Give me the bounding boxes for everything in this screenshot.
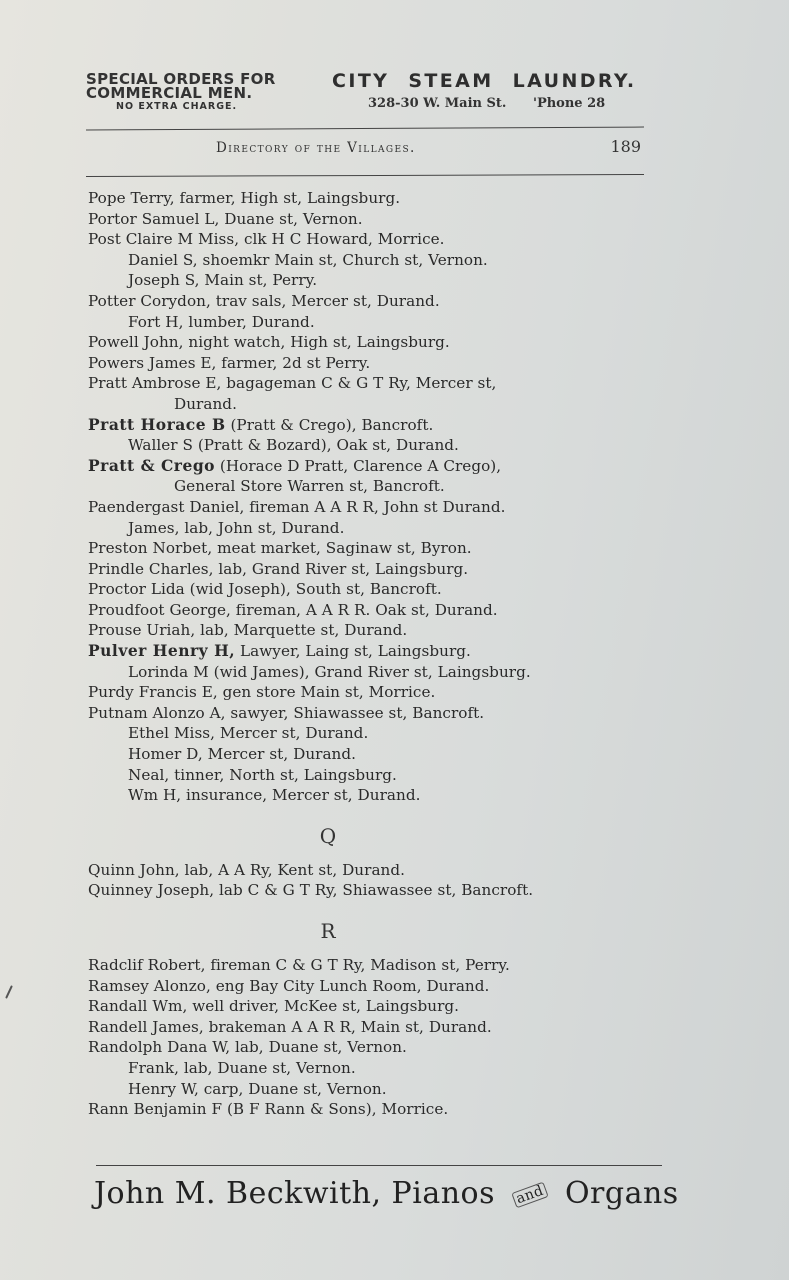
directory-entry: Homer D, Mercer st, Durand. [88, 744, 668, 765]
footer-advertisement: John M. Beckwith, Pianos and Organs [94, 1176, 664, 1211]
directory-entry: James, lab, John st, Durand. [88, 518, 668, 539]
section-letter-r: R [88, 913, 668, 949]
entry-text: Prindle Charles, lab, Grand River st, La… [88, 560, 468, 578]
entry-text: James, lab, John st, Durand. [128, 519, 344, 537]
directory-entry: Proctor Lida (wid Joseph), South st, Ban… [88, 579, 668, 600]
directory-entry: Pope Terry, farmer, High st, Laingsburg. [88, 188, 668, 209]
entry-text: Frank, lab, Duane st, Vernon. [128, 1059, 356, 1077]
and-ornament-icon: and [511, 1182, 548, 1209]
directory-entry: Prindle Charles, lab, Grand River st, La… [88, 559, 668, 580]
entry-text: Randolph Dana W, lab, Duane st, Vernon. [88, 1038, 407, 1056]
special-orders-notice: SPECIAL ORDERS FOR COMMERCIAL MEN. NO EX… [86, 72, 276, 114]
directory-entry: Proudfoot George, fireman, A A R R. Oak … [88, 600, 668, 621]
directory-entry: Preston Norbet, meat market, Saginaw st,… [88, 538, 668, 559]
entry-text: Purdy Francis E, gen store Main st, Morr… [88, 683, 435, 701]
directory-entry: Frank, lab, Duane st, Vernon. [88, 1058, 668, 1079]
directory-entry: Purdy Francis E, gen store Main st, Morr… [88, 682, 668, 703]
directory-entry: Waller S (Pratt & Bozard), Oak st, Duran… [88, 435, 668, 456]
directory-entry: Powell John, night watch, High st, Laing… [88, 332, 668, 353]
directory-entry: Powers James E, farmer, 2d st Perry. [88, 353, 668, 374]
directory-entry: Wm H, insurance, Mercer st, Durand. [88, 785, 668, 806]
laundry-ad: CITY STEAM LAUNDRY. 328-30 W. Main St. '… [332, 70, 662, 111]
entry-text: Radclif Robert, fireman C & G T Ry, Madi… [88, 956, 510, 974]
directory-entry: Portor Samuel L, Duane st, Vernon. [88, 209, 668, 230]
directory-entry: Pratt Horace B (Pratt & Crego), Bancroft… [88, 415, 668, 436]
entry-bold-name: Pratt Horace B [88, 415, 226, 434]
entry-text: Randell James, brakeman A A R R, Main st… [88, 1018, 492, 1036]
directory-entry: Joseph S, Main st, Perry. [88, 270, 668, 291]
directory-entry: Randell James, brakeman A A R R, Main st… [88, 1017, 668, 1038]
directory-entry: Randolph Dana W, lab, Duane st, Vernon. [88, 1037, 668, 1058]
directory-entry: Potter Corydon, trav sals, Mercer st, Du… [88, 291, 668, 312]
laundry-phone: 'Phone 28 [533, 96, 605, 111]
directory-entry: Ethel Miss, Mercer st, Durand. [88, 723, 668, 744]
entry-text: (Horace D Pratt, Clarence A Crego), [215, 457, 501, 475]
entry-text: Lawyer, Laing st, Laingsburg. [235, 642, 471, 660]
entry-text: Quinn John, lab, A A Ry, Kent st, Durand… [88, 861, 405, 879]
footer-divider [96, 1165, 662, 1166]
entry-bold-name: Pratt & Crego [88, 456, 215, 475]
entry-text: Randall Wm, well driver, McKee st, Laing… [88, 997, 459, 1015]
entry-text: Powell John, night watch, High st, Laing… [88, 333, 450, 351]
entry-text: Lorinda M (wid James), Grand River st, L… [128, 663, 531, 681]
header-advertisement: SPECIAL ORDERS FOR COMMERCIAL MEN. NO EX… [86, 70, 646, 122]
section-letter-q: Q [88, 818, 668, 854]
footer-ad-last-word: Organs [565, 1176, 679, 1211]
directory-entry: General Store Warren st, Bancroft. [88, 476, 668, 497]
entry-text: Homer D, Mercer st, Durand. [128, 745, 356, 763]
entry-text: Daniel S, shoemkr Main st, Church st, Ve… [128, 251, 488, 269]
directory-entry: Ramsey Alonzo, eng Bay City Lunch Room, … [88, 976, 668, 997]
entry-text: Durand. [174, 395, 237, 413]
page-number: 189 [610, 137, 641, 156]
directory-page: SPECIAL ORDERS FOR COMMERCIAL MEN. NO EX… [0, 0, 789, 1280]
directory-entry: Quinn John, lab, A A Ry, Kent st, Durand… [88, 860, 668, 881]
entry-text: (Pratt & Crego), Bancroft. [226, 416, 434, 434]
directory-entry: Putnam Alonzo A, sawyer, Shiawassee st, … [88, 703, 668, 724]
directory-entry: Lorinda M (wid James), Grand River st, L… [88, 662, 668, 683]
entry-text: Proctor Lida (wid Joseph), South st, Ban… [88, 580, 442, 598]
header-divider-top [86, 127, 644, 131]
entry-text: General Store Warren st, Bancroft. [174, 477, 445, 495]
entry-text: Potter Corydon, trav sals, Mercer st, Du… [88, 292, 440, 310]
directory-entry: Prouse Uriah, lab, Marquette st, Durand. [88, 620, 668, 641]
entry-text: Fort H, lumber, Durand. [128, 313, 315, 331]
directory-entry: Randall Wm, well driver, McKee st, Laing… [88, 996, 668, 1017]
entry-text: Quinney Joseph, lab C & G T Ry, Shiawass… [88, 881, 533, 899]
entry-text: Pratt Ambrose E, bagageman C & G T Ry, M… [88, 374, 496, 392]
entry-text: Joseph S, Main st, Perry. [128, 271, 317, 289]
entry-text: Neal, tinner, North st, Laingsburg. [128, 766, 397, 784]
directory-entry: Quinney Joseph, lab C & G T Ry, Shiawass… [88, 880, 668, 901]
entry-text: Ethel Miss, Mercer st, Durand. [128, 724, 368, 742]
laundry-name: CITY STEAM LAUNDRY. [332, 70, 662, 92]
entry-text: Waller S (Pratt & Bozard), Oak st, Duran… [128, 436, 459, 454]
directory-entry: Rann Benjamin F (B F Rann & Sons), Morri… [88, 1099, 668, 1120]
entry-text: Henry W, carp, Duane st, Vernon. [128, 1080, 387, 1098]
running-head: Directory of the Villages. 189 [86, 137, 641, 161]
header-divider-bottom [86, 174, 644, 177]
footer-ad-name: John M. Beckwith, Pianos [94, 1176, 495, 1211]
entry-text: Pope Terry, farmer, High st, Laingsburg. [88, 189, 400, 207]
directory-entry: Pulver Henry H, Lawyer, Laing st, Laings… [88, 641, 668, 662]
entry-text: Portor Samuel L, Duane st, Vernon. [88, 210, 363, 228]
entry-text: Powers James E, farmer, 2d st Perry. [88, 354, 370, 372]
directory-entry: Fort H, lumber, Durand. [88, 312, 668, 333]
special-orders-line3: NO EXTRA CHARGE. [116, 100, 276, 114]
special-orders-line2: COMMERCIAL MEN. [86, 86, 276, 100]
pencil-mark [5, 985, 13, 999]
running-title: Directory of the Villages. [216, 140, 416, 156]
directory-entry: Henry W, carp, Duane st, Vernon. [88, 1079, 668, 1100]
directory-entry: Pratt Ambrose E, bagageman C & G T Ry, M… [88, 373, 668, 394]
entry-text: Post Claire M Miss, clk H C Howard, Morr… [88, 230, 445, 248]
entry-text: Rann Benjamin F (B F Rann & Sons), Morri… [88, 1100, 448, 1118]
entry-text: Ramsey Alonzo, eng Bay City Lunch Room, … [88, 977, 489, 995]
directory-entry: Post Claire M Miss, clk H C Howard, Morr… [88, 229, 668, 250]
entry-text: Proudfoot George, fireman, A A R R. Oak … [88, 601, 498, 619]
entry-bold-name: Pulver Henry H, [88, 641, 235, 660]
entry-text: Prouse Uriah, lab, Marquette st, Durand. [88, 621, 407, 639]
directory-entry: Paendergast Daniel, fireman A A R R, Joh… [88, 497, 668, 518]
directory-entry: Daniel S, shoemkr Main st, Church st, Ve… [88, 250, 668, 271]
entry-text: Putnam Alonzo A, sawyer, Shiawassee st, … [88, 704, 484, 722]
directory-entry: Radclif Robert, fireman C & G T Ry, Madi… [88, 955, 668, 976]
entry-text: Paendergast Daniel, fireman A A R R, Joh… [88, 498, 506, 516]
entry-text: Wm H, insurance, Mercer st, Durand. [128, 786, 421, 804]
entry-text: Preston Norbet, meat market, Saginaw st,… [88, 539, 472, 557]
laundry-address: 328-30 W. Main St. [368, 96, 506, 111]
directory-entry: Pratt & Crego (Horace D Pratt, Clarence … [88, 456, 668, 477]
directory-entries: Pope Terry, farmer, High st, Laingsburg.… [88, 188, 668, 1120]
directory-entry: Neal, tinner, North st, Laingsburg. [88, 765, 668, 786]
directory-entry: Durand. [88, 394, 668, 415]
